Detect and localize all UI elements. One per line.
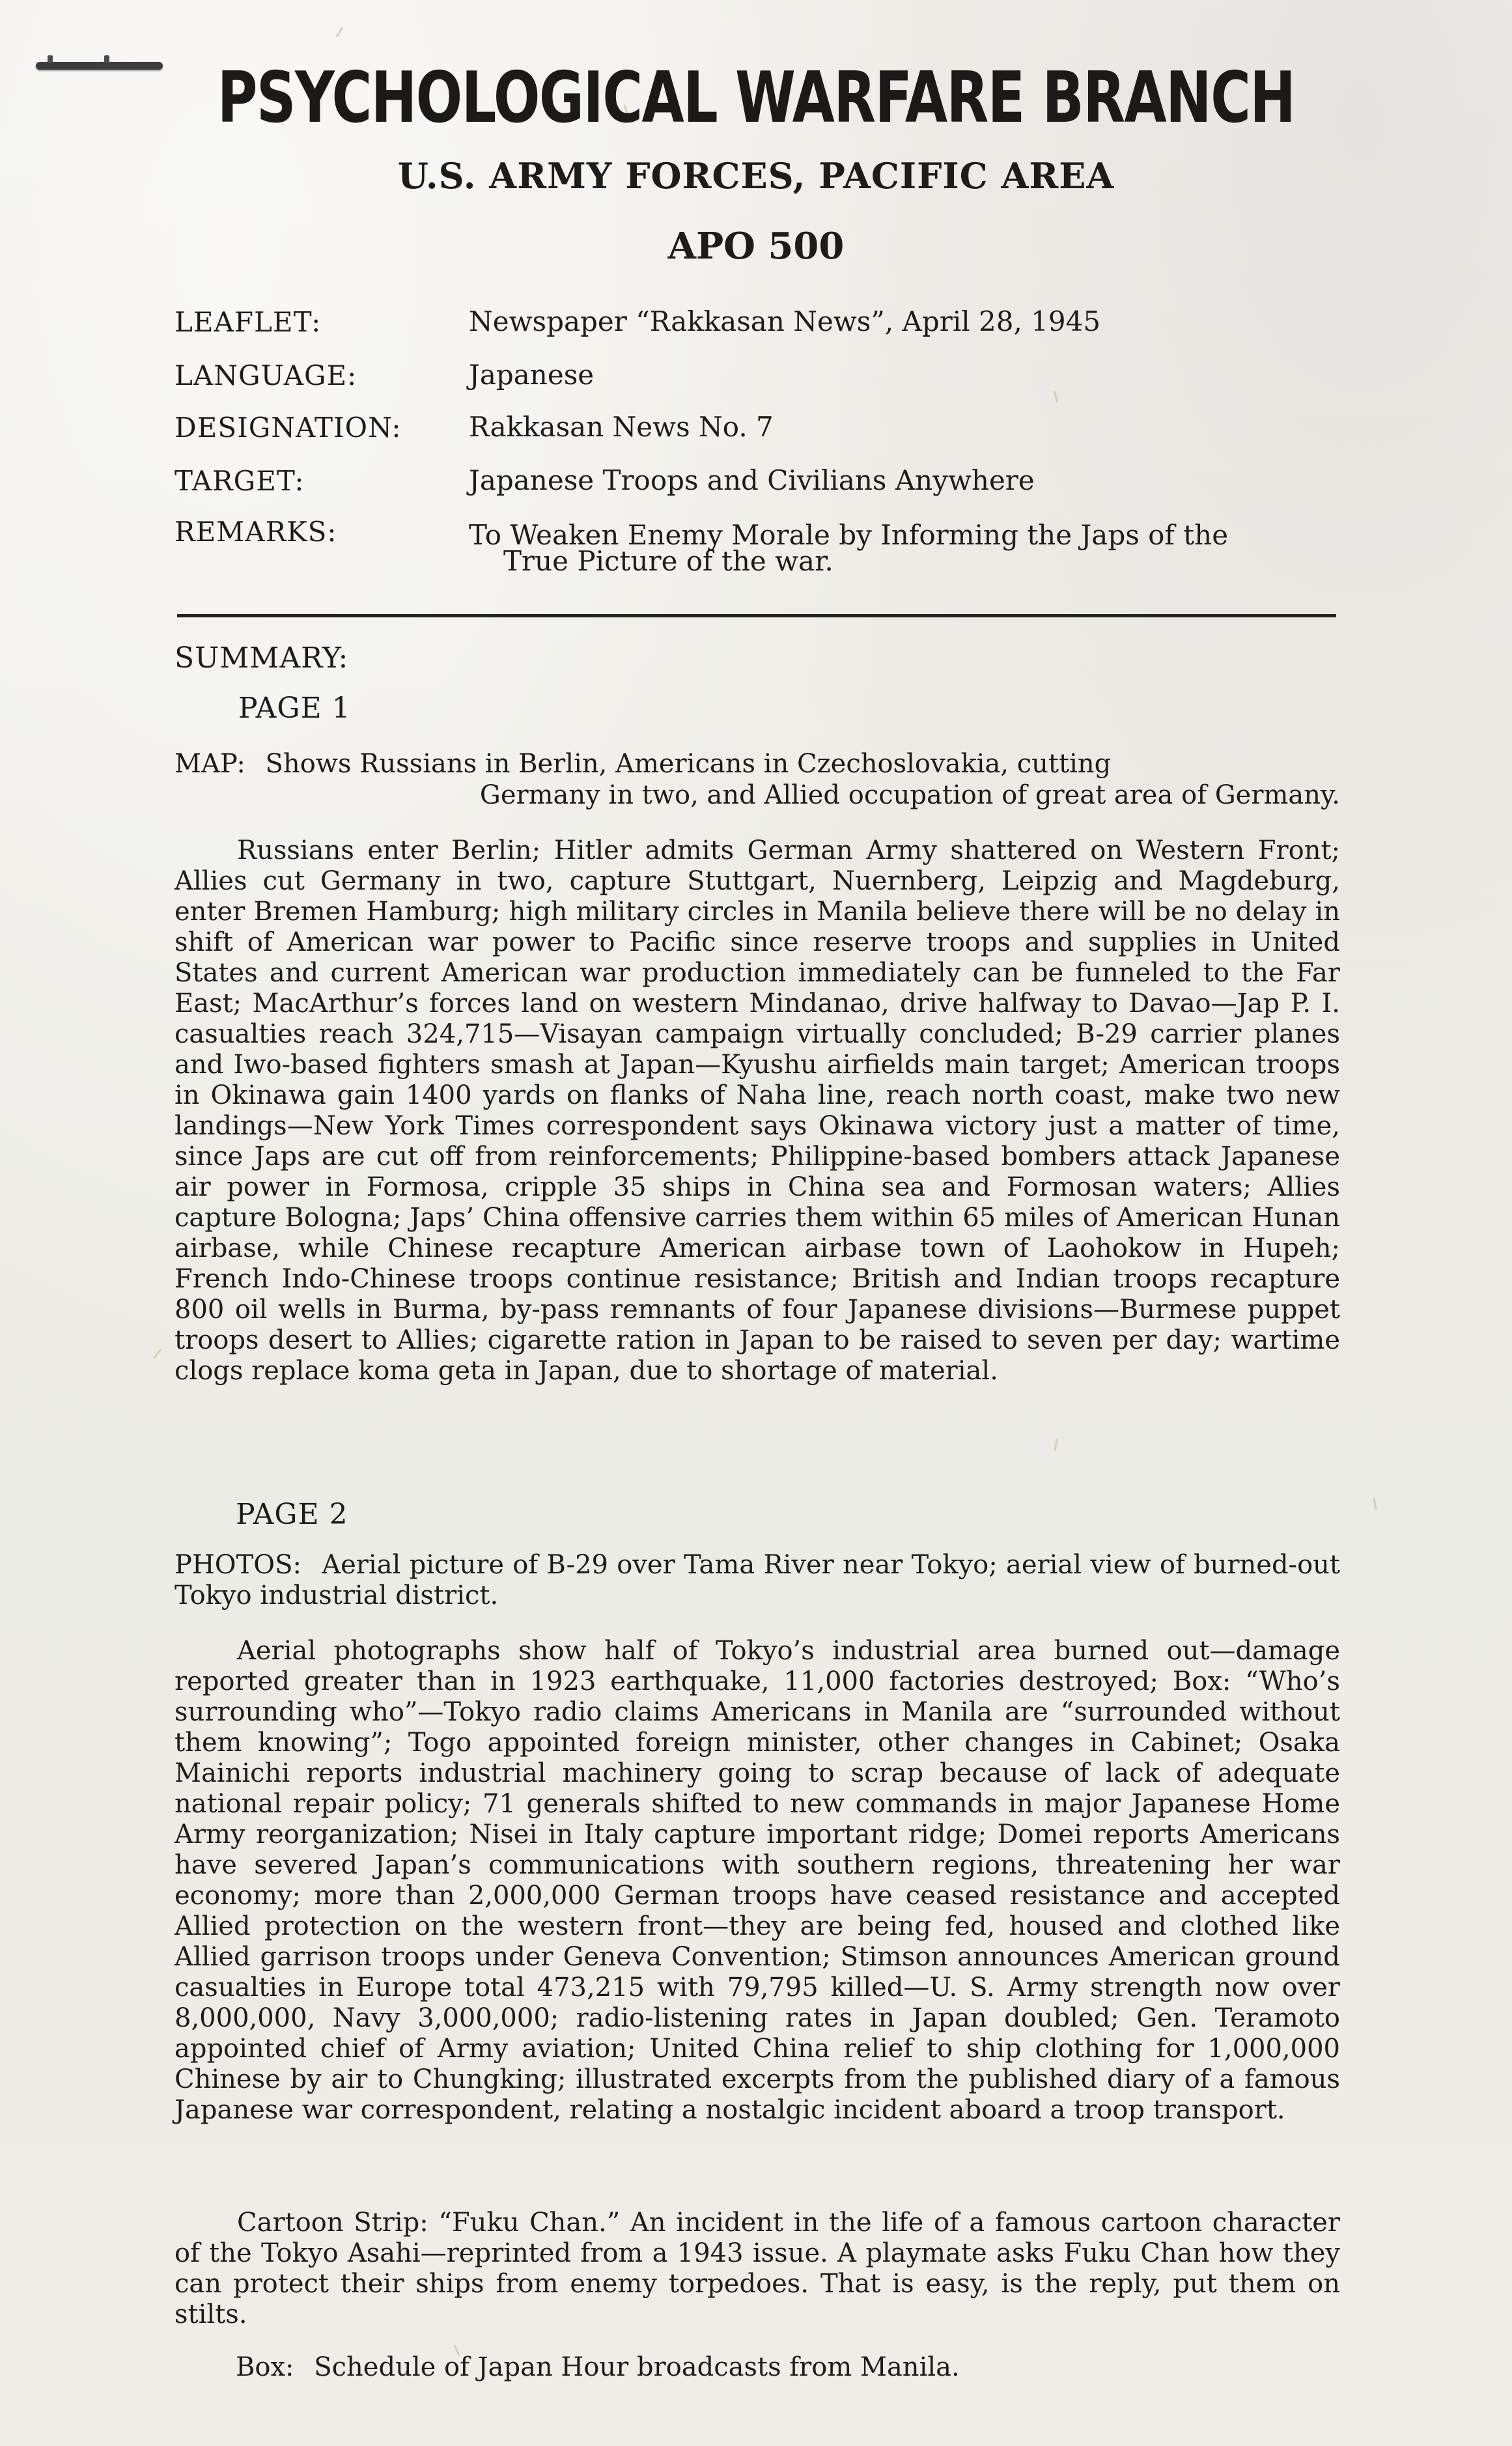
meta-value: Japanese <box>469 359 1380 391</box>
map-text: Shows Russians in Berlin, Americans in C… <box>266 749 1112 779</box>
meta-label: LEAFLET: <box>175 306 321 338</box>
map-description: MAP: Shows Russians in Berlin, Americans… <box>175 749 1340 780</box>
summary-heading: SUMMARY: <box>175 641 348 675</box>
map-text-continued: Germany in two, and Allied occupation of… <box>382 780 1340 811</box>
photos-label: PHOTOS: <box>175 1550 301 1580</box>
page1-heading: PAGE 1 <box>238 692 351 725</box>
page1-body-text: Russians enter Berlin; Hitler admits Ger… <box>175 836 1340 1386</box>
box-label: Box: <box>236 2352 294 2382</box>
meta-value: Newspaper “Rakkasan News”, April 28, 194… <box>469 306 1380 337</box>
meta-label: REMARKS: <box>175 516 337 548</box>
page2-heading: PAGE 2 <box>236 1498 348 1531</box>
meta-label: TARGET: <box>175 465 305 497</box>
apo-number: APO 500 <box>0 225 1512 268</box>
map-label: MAP: <box>175 749 245 779</box>
document-title: PSYCHOLOGICAL WARFARE BRANCH <box>166 57 1345 139</box>
box-description: Box: Schedule of Japan Hour broadcasts f… <box>236 2352 1343 2383</box>
meta-label: DESIGNATION: <box>175 412 401 443</box>
meta-value: Rakkasan News No. 7 <box>469 412 1380 443</box>
meta-value: Japanese Troops and Civilians Anywhere <box>469 465 1380 496</box>
page1-body: Russians enter Berlin; Hitler admits Ger… <box>175 836 1340 1386</box>
meta-value-continued: True Picture of the war. <box>503 546 1415 577</box>
meta-label: LANGUAGE: <box>175 359 357 391</box>
document-subtitle: U.S. ARMY FORCES, PACIFIC AREA <box>0 155 1512 197</box>
horizontal-rule <box>177 614 1336 617</box>
staple <box>36 62 163 70</box>
box-text: Schedule of Japan Hour broadcasts from M… <box>314 2352 959 2382</box>
photos-text: Aerial picture of B-29 over Tama River n… <box>175 1550 1340 1610</box>
photos-description: PHOTOS: Aerial picture of B-29 over Tama… <box>175 1550 1340 1611</box>
cartoon-strip-description: Cartoon Strip: “Fuku Chan.” An incident … <box>175 2208 1340 2330</box>
page2-body-text: Aerial photographs show half of Tokyo’s … <box>175 1636 1340 2125</box>
page2-body: Aerial photographs show half of Tokyo’s … <box>175 1636 1340 2126</box>
cartoon-strip-text: Cartoon Strip: “Fuku Chan.” An incident … <box>175 2208 1340 2329</box>
